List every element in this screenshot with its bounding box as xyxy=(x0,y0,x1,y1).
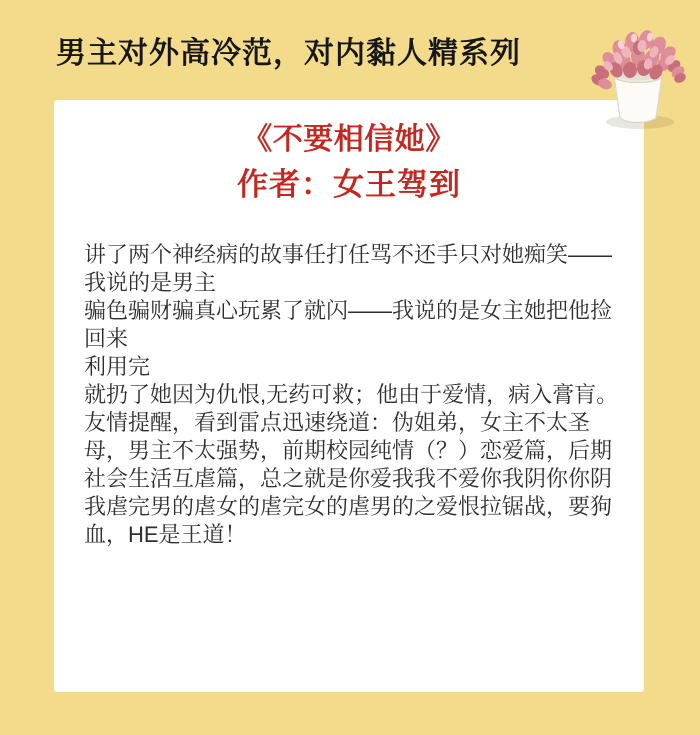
description-line: 回来 xyxy=(84,325,630,353)
book-card: 《不要相信她》 作者：女王驾到 讲了两个神经病的故事任打任骂不还手只对她痴笑——… xyxy=(54,100,644,692)
description-line: 利用完 xyxy=(84,353,630,381)
description-line: 讲了两个神经病的故事任打任骂不还手只对她痴笑—— xyxy=(84,241,630,269)
book-description: 讲了两个神经病的故事任打任骂不还手只对她痴笑—— 我说的是男主 骗色骗财骗真心玩… xyxy=(84,241,630,549)
book-author: 作者：女王驾到 xyxy=(54,165,644,205)
description-line: 友情提醒，看到雷点迅速绕道：伪姐弟，女主不太圣 xyxy=(84,409,630,437)
flower-pot-icon xyxy=(590,20,688,132)
description-line: 我说的是男主 xyxy=(84,269,630,297)
description-line: 血，HE是王道！ xyxy=(84,521,630,549)
description-line: 我虐完男的虐女的虐完女的虐男的之爱恨拉锯战，要狗 xyxy=(84,493,630,521)
description-line: 就扔了她因为仇恨,无药可救；他由于爱情，病入膏肓。 xyxy=(84,381,630,409)
description-line: 骗色骗财骗真心玩累了就闪——我说的是女主她把他捡 xyxy=(84,297,630,325)
book-title: 《不要相信她》 xyxy=(54,120,644,160)
page-title: 男主对外高冷范，对内黏人精系列 xyxy=(56,28,521,72)
description-line: 母，男主不太强势，前期校园纯情（？）恋爱篇，后期 xyxy=(84,437,630,465)
description-line: 社会生活互虐篇，总之就是你爱我我不爱你我阴你你阴 xyxy=(84,465,630,493)
